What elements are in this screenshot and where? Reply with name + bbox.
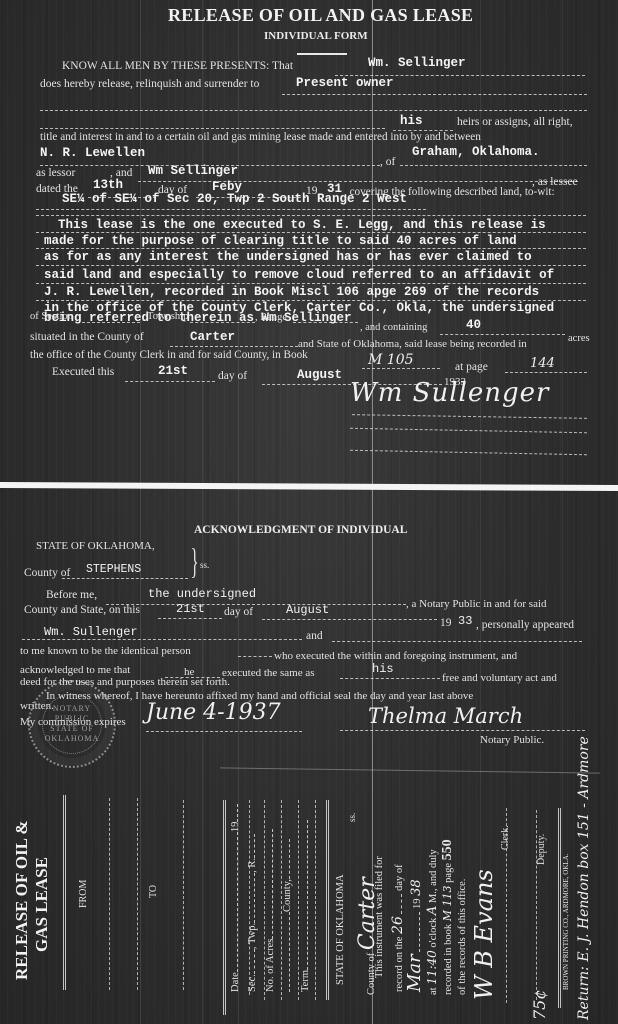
personally-appeared: , personally appeared [476,619,574,631]
body-line: J. R. Lewellen, recorded in Book Miscl 1… [44,285,539,299]
back-title-line1: RELEASE OF OIL & [12,821,32,981]
range-label: , Range [255,312,287,323]
filed-text: This instrument was filed for [374,856,385,978]
m-label: M., and duly [428,849,439,903]
fill-line [282,94,587,95]
fill-line [237,832,238,972]
fill-line [289,912,290,992]
ack-month: August [286,603,329,617]
fill-line [400,165,587,166]
county-state-label: County and State, on this [24,604,140,616]
fill-line [332,641,582,642]
release-subtitle: INDIVIDUAL FORM [264,30,368,42]
ack-county: STEPHENS [86,563,141,576]
know-all-men-label: KNOW ALL MEN BY THESE PRESENTS: That [62,60,293,72]
ack-year-prefix: 19 [440,617,452,629]
back-sec-row: Sec., Twp., R. [247,834,258,992]
acres-label: acres [568,333,590,344]
column-rule [298,800,299,1000]
scan-streak [202,0,203,1024]
fill-line [340,678,440,679]
executed-month: August [297,368,342,382]
clerk-signature: W B Evans [470,869,498,1000]
fill-line [289,839,290,879]
surrender-to-value: Present owner [296,76,394,90]
fill-line [362,368,440,369]
back-date-label: Date19 [230,804,241,992]
filed-year-prefix: 19 [412,898,423,909]
fill-line [158,618,222,619]
fill-line [106,604,406,605]
back-to-label: TO [148,885,159,898]
containing-label: , and containing [360,322,427,333]
meridian: A [425,906,440,915]
fill-line [40,128,385,129]
year-label: 19 [230,822,241,833]
back-ss: ss. [347,813,357,822]
notary-signature: Thelma March [368,704,523,728]
ack-year: 33 [458,614,472,628]
fill-line [254,834,255,858]
fill-line [262,619,437,620]
filed-page: 550 [440,839,455,860]
deputy-fee: 75¢ [530,989,549,1020]
heirs-pronoun: his [400,114,423,128]
ack-pronoun-his: his [372,662,394,676]
return-note: Return: E. J. Hendon box 151 - Ardmore [576,736,592,1020]
term-label: Term [300,970,311,992]
fill-line [125,381,215,382]
back-county-row: County, [282,839,293,992]
fill-line [22,639,302,640]
page-number: 144 [530,356,555,371]
ack-and-label: and [306,630,323,642]
fill-line [440,334,565,335]
fill-line [237,804,238,822]
lessor-location: Graham, Oklahoma. [412,145,540,159]
column-rule [137,798,138,990]
fill-line [36,215,586,216]
lease-day: 13th [93,178,123,192]
executed-same: executed the same as [222,667,315,679]
oclock-label: o'clock [428,918,439,948]
body-line: This lease is the one executed to S. E. … [58,218,546,232]
of-label: , of [380,156,395,168]
fill-line [146,731,302,732]
release-county: Carter [190,330,235,344]
fill-line [82,322,140,323]
fill-line [36,232,586,233]
release-title: RELEASE OF OIL AND GAS LEASE [168,5,473,26]
section-label: of Section [30,311,73,322]
back-county-label: County, [282,879,293,912]
fill-line [170,346,298,347]
clerk-label: Clerk. [500,825,511,850]
commission-date: June 4-1937 [146,700,281,725]
state-text: and State of Oklahoma, said lease being … [298,338,527,350]
as-lessor-label: as lessor [36,167,75,179]
fill-line [36,300,586,301]
signature-line [352,414,587,419]
executed-day: 21st [158,364,188,378]
fill-line [36,209,426,210]
fill-line [62,578,188,579]
back-state-label: STATE OF OKLAHOMA [335,874,346,985]
release-to-label: does hereby release, relinquish and surr… [40,78,259,90]
filed-year: 38 [409,879,424,896]
appearing-person: Wm. Sullenger [44,625,138,639]
fill-line [340,730,585,731]
column-rule [558,808,561,1008]
fill-line [505,372,587,373]
filed-month-row: Mar 19 38 [404,879,425,992]
acres-value: 40 [466,318,481,332]
signature-line [350,450,587,456]
fill-line [293,322,358,323]
executed-within: who executed the within and foregoing in… [274,650,517,662]
lessor-name: N. R. Lewellen [40,146,145,160]
fill-line [40,110,587,111]
acres-label: No. of Acres [265,939,276,992]
scanned-document: RELEASE OF OIL AND GAS LEASE INDIVIDUAL … [0,0,618,1024]
fill-line [419,912,420,952]
scan-streak [372,0,373,1024]
printer-imprint: BROWN PRINTING CO., ARDMORE, OKLA. [562,853,570,990]
fill-line [36,248,586,249]
column-rule [223,800,226,1015]
acknowledged-text: acknowledged to me that [20,664,130,676]
notary-name: the undersigned [148,587,256,601]
ack-state-label: STATE OF OKLAHOMA, [36,540,155,552]
filed-month: Mar [404,954,425,992]
known-text: to me known to be the identical person [20,645,191,657]
notary-seal: NOTARY PUBLIC STATE OF OKLAHOMA [28,680,116,768]
before-me-label: Before me, [46,589,97,601]
date-label: Date [230,972,241,992]
heirs-text: heirs or assigns, all right, [457,116,573,128]
recorded-row: recorded in book M 113 page 550 [440,839,456,995]
fill-line [36,265,586,266]
recorded-label: recorded in book [443,924,454,995]
notary-text: , a Notary Public in and for said [406,598,547,610]
acknowledgment-title: ACKNOWLEDGMENT OF INDIVIDUAL [194,524,407,536]
body-line: said land and especially to remove cloud… [44,268,554,282]
county-label: situated in the County of [30,331,144,343]
sec-label: Sec. [247,974,258,992]
releasor-signature: Wm Sullenger [350,378,549,408]
filed-time-row: at 11:40 o'clock A M., and duly [425,849,440,995]
executed-day-of: day of [218,370,247,382]
deputy-label: Deputy. [536,834,547,865]
fill-line [254,873,255,923]
title-interest-text: title and interest in and to a certain o… [40,131,481,143]
column-rule [315,800,316,1000]
r-label: R. [247,858,258,868]
fill-line [254,949,255,974]
back-title: RELEASE OF OIL & GAS LEASE [12,821,52,981]
fill-line [138,181,578,182]
back-from-label: FROM [78,880,89,908]
book-number: M 105 [368,352,414,368]
fill-line [238,656,272,657]
as-lessee-label: , as lessee [532,176,578,188]
ss-brace: } [191,543,199,579]
body-line: as for as any interest the undersigned h… [44,250,532,264]
at-page-label: at page [455,361,488,373]
releasor-name: Wm. Sellinger [368,56,466,70]
executed-label: Executed this [52,366,114,378]
back-acres-row: No. of Acres [265,829,276,992]
page-label: page [443,863,454,883]
ack-day: 21st [176,602,205,616]
records-text: of the records of this office. [457,879,468,995]
fill-line [307,820,308,970]
column-rule [326,800,329,1000]
fill-line [190,322,255,323]
at-label: at [428,987,439,995]
filed-book: M 113 [441,885,454,921]
signature-line [350,428,587,434]
land-description: SE¼ of SE¼ of Sec 20, Twp 2 South Range … [62,192,407,206]
office-text: the office of the County Clerk in and fo… [30,349,308,361]
back-term-row: Term [300,820,311,992]
title-underline [297,53,347,55]
ack-day-of: day of [224,606,253,618]
notary-title: Notary Public. [480,734,544,746]
back-title-line2: GAS LEASE [32,821,52,981]
lessee-name: Wm Sellinger [148,164,238,178]
body-line: made for the purpose of clearing title t… [44,234,517,248]
twp-label: Twp. [247,923,258,944]
free-act: free and voluntary act and [442,672,557,684]
column-rule [109,798,110,990]
fill-line [36,283,586,284]
fold-line [220,767,600,773]
page-fold-divider [0,482,618,491]
column-rule [63,795,66,990]
ss-label: ss. [200,560,209,570]
column-rule [183,800,184,990]
filed-time: 11:40 [425,950,439,985]
township-label: , Township [142,311,188,322]
fill-line [401,894,402,914]
seal-text: NOTARY PUBLIC STATE OF OKLAHOMA [44,704,100,744]
fill-line [272,829,273,939]
